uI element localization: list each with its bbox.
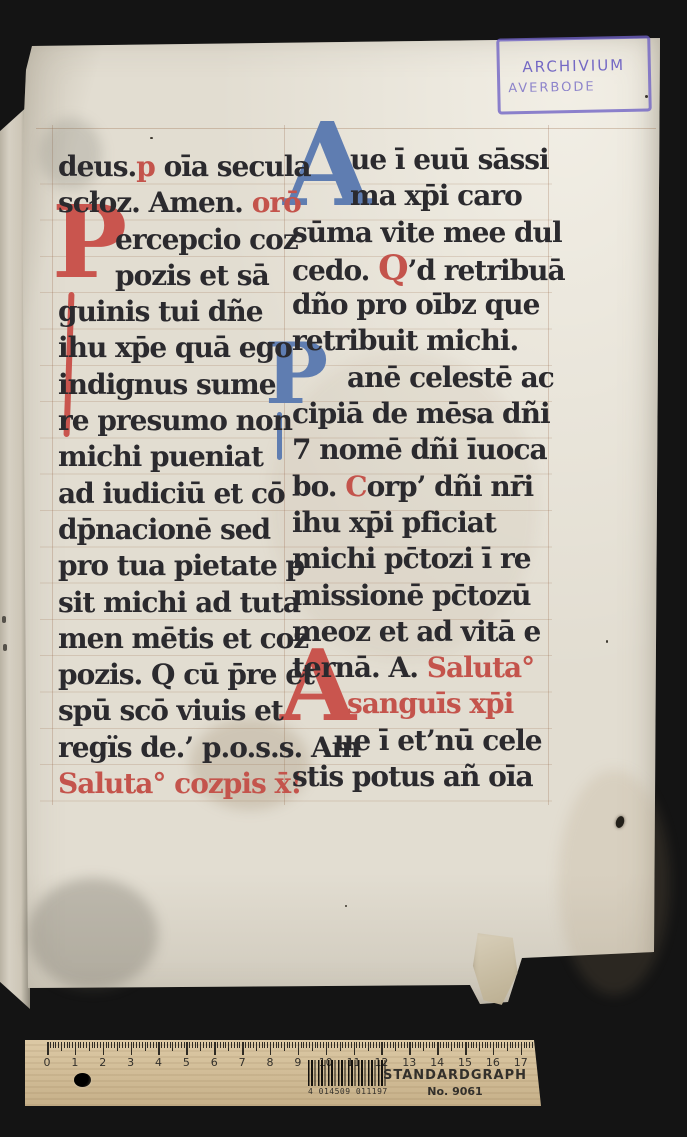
ruler-tick [395, 1042, 396, 1051]
ruler-tick [92, 1042, 93, 1048]
ruler-tick [348, 1042, 349, 1048]
text-segment: ue ī et’nū cele [334, 724, 542, 757]
ruler-tick [418, 1042, 419, 1048]
manuscript-text-line: dp̄nacionē sed [58, 512, 286, 548]
ruler-tick [496, 1042, 497, 1048]
manuscript-text-line: sanguīs xp̄i [292, 686, 544, 722]
speck [150, 137, 153, 139]
archive-stamp: ARCHIVIUM AVERBODE [496, 35, 652, 114]
manuscript-text-line: guinis tui dñe [58, 294, 286, 330]
text-segment: ternā. A. [292, 651, 427, 684]
text-segment: dño pro oībz que [292, 288, 539, 321]
manuscript-text-line: indignus sume [58, 367, 286, 403]
text-segment: C [345, 470, 366, 503]
manuscript-text-line: ue ī euū sāssi [292, 142, 544, 178]
text-segment: cedo. [292, 254, 378, 287]
ruler-brand: STANDARDGRAPH [370, 1068, 540, 1083]
ruler-tick [117, 1042, 118, 1051]
ruler-tick [287, 1042, 288, 1048]
ruler-tick [203, 1042, 204, 1048]
ruler-tick [214, 1042, 216, 1055]
ruler-tick [100, 1042, 101, 1048]
ruler-tick [142, 1042, 143, 1048]
ruler-tick [150, 1042, 151, 1048]
manuscript-text-line: michi pc̄tozi ī re [292, 541, 544, 577]
manuscript-text-line: ternā. A. Saluta° [292, 650, 544, 686]
ruler-tick [479, 1042, 480, 1051]
ruler-tick [334, 1042, 335, 1048]
ruler-tick [320, 1042, 321, 1048]
ruler-tick [55, 1042, 56, 1048]
ruler-tick [423, 1042, 424, 1051]
ruler-tick [323, 1042, 324, 1048]
manuscript-text-line: ihu xp̄i pficiat [292, 505, 544, 541]
ruler-tick [412, 1042, 413, 1048]
ruler-tick [108, 1042, 109, 1048]
ruler-tick [189, 1042, 190, 1048]
ruler-tick [476, 1042, 477, 1048]
ruler-tick [317, 1042, 318, 1048]
ruler-tick [434, 1042, 435, 1048]
ruler-tick [420, 1042, 421, 1048]
text-segment: Saluta° [427, 651, 534, 684]
ruler-tick [264, 1042, 265, 1048]
ruler-tick [270, 1042, 272, 1055]
ruler-number: 0 [44, 1056, 51, 1069]
ruler-number: 2 [99, 1056, 106, 1069]
text-column-left: deus.p oīa seculascłoz. Amen. orōercepci… [58, 149, 286, 802]
ruler-tick [211, 1042, 212, 1048]
ruler-tick [47, 1042, 49, 1055]
text-segment: ercepcio coz [115, 223, 298, 256]
ruler-tick [225, 1042, 226, 1048]
manuscript-text-line: meoz et ad vitā e [292, 614, 544, 650]
ruler-tick [186, 1042, 188, 1055]
text-segment: re presumo non [58, 404, 292, 437]
ruler-tick [440, 1042, 441, 1048]
text-segment: anē celestē ac [347, 361, 554, 394]
ruler-tick [526, 1042, 527, 1048]
text-segment: dp̄nacionē sed [58, 513, 270, 546]
manuscript-text-line: scłoz. Amen. orō [58, 185, 286, 221]
ruler-tick [197, 1042, 198, 1048]
ruler-tick [228, 1042, 229, 1051]
text-column-right: ue ī euū sāssima xp̄i carosūma vite mee … [292, 142, 544, 795]
ruler-tick [184, 1042, 185, 1048]
ruler-tick [128, 1042, 129, 1048]
ruler-tick [281, 1042, 282, 1048]
ruler-tick [510, 1042, 511, 1048]
ruler-tick [248, 1042, 249, 1048]
ruler-tick [206, 1042, 207, 1048]
ruler-tick [114, 1042, 115, 1048]
ruler-tick [465, 1042, 467, 1055]
ruler-tick [94, 1042, 95, 1048]
ruler-tick [337, 1042, 338, 1048]
ruler-number: 1 [71, 1056, 78, 1069]
ruler-tick [401, 1042, 402, 1048]
ruler-tick [253, 1042, 254, 1048]
ruler-tick [493, 1042, 495, 1055]
manuscript-text-line: 7 nomē dñi īuoca [292, 432, 544, 468]
ruler-tick [454, 1042, 455, 1048]
ruler-tick [58, 1042, 59, 1048]
ruler-tick [356, 1042, 357, 1048]
text-segment: retribuit michi. [292, 324, 518, 357]
ruler-tick [426, 1042, 427, 1048]
ruler-tick [345, 1042, 346, 1048]
speck [345, 905, 347, 907]
ruler-tick [147, 1042, 148, 1048]
ruler-tick [328, 1042, 329, 1048]
ruler-tick [524, 1042, 525, 1048]
ruler-tick [451, 1042, 452, 1051]
ruler-tick [78, 1042, 79, 1048]
ruler-tick [398, 1042, 399, 1048]
ruler-tick [133, 1042, 134, 1048]
text-segment: cipiā de mēsa dñi [292, 397, 550, 430]
ruler-tick [167, 1042, 168, 1048]
ruler-tick [473, 1042, 474, 1048]
text-segment: ihu xp̄e quā ego [58, 331, 292, 364]
ruler-tick [89, 1042, 90, 1051]
manuscript-text-line: michi pueniat [58, 439, 286, 475]
ruler-tick [468, 1042, 469, 1048]
ruler-tick [504, 1042, 505, 1048]
ruler-number: 7 [239, 1056, 246, 1069]
ruler-tick [256, 1042, 257, 1051]
ruler-tick [512, 1042, 513, 1048]
manuscript-text-line: ma xp̄i caro [292, 178, 544, 214]
manuscript-text-line: sit michi ad tuta [58, 585, 286, 621]
ruler-number: 6 [211, 1056, 218, 1069]
text-segment: ue ī euū sāssi [350, 143, 549, 176]
ruler-tick [365, 1042, 366, 1048]
text-segment: pozis et sā [115, 259, 269, 292]
ruler-tick [69, 1042, 70, 1048]
ruler-tick [220, 1042, 221, 1048]
manuscript-text-line: ad iudiciū et cō [58, 476, 286, 512]
ruler-tick [446, 1042, 447, 1048]
manuscript-text-line: Saluta° cozpis x̄! [58, 766, 286, 802]
ruler-tick [278, 1042, 279, 1048]
ruler-tick [209, 1042, 210, 1048]
ruler-tick [393, 1042, 394, 1048]
manuscript-text-line: spū scō viuis et [58, 693, 286, 729]
ruler-tick [298, 1042, 300, 1055]
ruler-hole [74, 1073, 91, 1087]
ruler-tick [379, 1042, 380, 1048]
manuscript-text-line: retribuit michi. [292, 323, 544, 359]
ruler-tick [312, 1042, 313, 1051]
manuscript-text-line: pro tua pietate p [58, 548, 286, 584]
text-segment: sanguīs xp̄i [347, 687, 513, 720]
ruler-tick [359, 1042, 360, 1048]
manuscript-text-line: cedo. Q’d retribuā [292, 251, 544, 287]
ruler-tick [404, 1042, 405, 1048]
ruler-tick [459, 1042, 460, 1048]
manuscript-text-line: re presumo non [58, 403, 286, 439]
manuscript-text-line: pozis et sā [58, 258, 286, 294]
text-segment: stis potus añ oīa [292, 760, 533, 793]
ruler-tick [200, 1042, 201, 1051]
manuscript-text-line: pozis. Q cū p̄re et [58, 657, 286, 693]
ruler-tick [457, 1042, 458, 1048]
ruler-tick [259, 1042, 260, 1048]
ruler-tick [487, 1042, 488, 1048]
ruler-tick [315, 1042, 316, 1048]
manuscript-text-line: deus.p oīa secula [58, 149, 286, 185]
ruler-tick [181, 1042, 182, 1048]
ruler-tick [501, 1042, 502, 1048]
ruler-tick [326, 1042, 328, 1055]
ruler-tick [61, 1042, 62, 1051]
ruler-tick [172, 1042, 173, 1051]
ruler-tick [482, 1042, 483, 1048]
ruler-tick [331, 1042, 332, 1048]
ruler-tick [97, 1042, 98, 1048]
ruler-tick [354, 1042, 356, 1055]
ruler-tick [50, 1042, 51, 1048]
text-segment: ’d retribuā [408, 254, 565, 287]
ruler-tick [362, 1042, 363, 1048]
ruler-model: No. 9061 [370, 1085, 540, 1098]
ruler-tick [409, 1042, 411, 1055]
parchment-stain [558, 770, 670, 995]
ruler-tick [245, 1042, 246, 1048]
ruler-tick [161, 1042, 162, 1048]
text-segment: meoz et ad vitā e [292, 615, 540, 648]
stamp-line1: ARCHIVIUM [500, 55, 648, 76]
ruler-tick [195, 1042, 196, 1048]
ruler-tick [387, 1042, 388, 1048]
ruler-tick [158, 1042, 160, 1055]
ruler-tick [284, 1042, 285, 1051]
manuscript-text-line: stis potus añ oīa [292, 759, 544, 795]
ruler-tick [239, 1042, 240, 1048]
manuscript-text-line: ihu xp̄e quā ego [58, 330, 286, 366]
ruler-tick [276, 1042, 277, 1048]
ruler-number: 8 [266, 1056, 273, 1069]
ruler-tick [106, 1042, 107, 1048]
ruler-tick [289, 1042, 290, 1048]
ruler-tick [72, 1042, 73, 1048]
ruler-tick [507, 1042, 508, 1051]
text-segment: michi pc̄tozi ī re [292, 542, 531, 575]
text-segment: 7 nomē dñi īuoca [292, 433, 547, 466]
parchment-stain [28, 878, 158, 990]
ruler-tick [119, 1042, 120, 1048]
text-segment: pozis. Q cū p̄re et [58, 658, 314, 691]
ruler-tick [309, 1042, 310, 1048]
ruler-tick [217, 1042, 218, 1048]
manuscript-text-line: dño pro oībz que [292, 287, 544, 323]
ruler-tick [122, 1042, 123, 1048]
manuscript-text-line: ercepcio coz [58, 222, 286, 258]
text-segment: scłoz. Amen. [58, 186, 252, 219]
text-segment: orp’ dñi nr̄i [367, 470, 534, 503]
ruler-tick [490, 1042, 491, 1048]
manuscript-text-line: regïs de.’ p.o.s.s. Am [58, 730, 286, 766]
ruler-tick [370, 1042, 371, 1048]
ruler-tick [111, 1042, 112, 1048]
text-segment: oīa secula [155, 150, 311, 183]
ruler-number: 4 [155, 1056, 162, 1069]
ruler-tick [384, 1042, 385, 1048]
ruler-tick [368, 1042, 369, 1051]
ruler-tick [498, 1042, 499, 1048]
ruler-tick [462, 1042, 463, 1048]
text-segment: spū scō viuis et [58, 694, 283, 727]
speck [606, 640, 608, 643]
ruler-tick [145, 1042, 146, 1051]
ruler-tick [448, 1042, 449, 1048]
ruler-tick [535, 1042, 536, 1051]
ruler-tick [273, 1042, 274, 1048]
ruler-tick [407, 1042, 408, 1048]
stamp-line2: AVERBODE [508, 78, 648, 92]
manuscript-text-line: anē celestē ac [292, 360, 544, 396]
ruler-tick [262, 1042, 263, 1048]
ruler-tick [485, 1042, 486, 1048]
ruler-tick [237, 1042, 238, 1048]
ruler-tick [306, 1042, 307, 1048]
ruler-tick [53, 1042, 54, 1048]
ruler-tick [192, 1042, 193, 1048]
text-segment: missionē pc̄tozū [292, 579, 531, 612]
ruler-number: 9 [294, 1056, 301, 1069]
text-segment: michi pueniat [58, 440, 263, 473]
text-segment: Saluta° cozpis x̄! [58, 767, 302, 800]
ruler-tick [432, 1042, 433, 1048]
ruler-tick [292, 1042, 293, 1048]
ruler-tick [164, 1042, 165, 1048]
manuscript-text-line: cipiā de mēsa dñi [292, 396, 544, 432]
ruler-tick [170, 1042, 171, 1048]
ruler-tick [80, 1042, 81, 1048]
gutter-ink-mark [2, 616, 6, 623]
text-segment: sūma vite mee dul [292, 216, 562, 249]
ruler-tick [301, 1042, 302, 1048]
ruler-tick [231, 1042, 232, 1048]
text-segment: ma xp̄i caro [350, 179, 522, 212]
ruler-tick [178, 1042, 179, 1048]
manuscript-text-line: missionē pc̄tozū [292, 578, 544, 614]
text-segment: p [136, 150, 155, 183]
ruler-tick [518, 1042, 519, 1048]
text-segment: ad iudiciū et cō [58, 477, 285, 510]
ruler: 01234567891011121314151617 4 014509 0111… [25, 1040, 541, 1106]
ruler-tick [223, 1042, 224, 1048]
gutter-ink-mark [3, 644, 7, 651]
text-segment: deus. [58, 150, 136, 183]
manuscript-text-line: sūma vite mee dul [292, 215, 544, 251]
ruler-tick [83, 1042, 84, 1048]
ruler-tick [267, 1042, 268, 1048]
text-segment: bo. [292, 470, 345, 503]
manuscript-photograph: ARCHIVIUM AVERBODE P A P A deus.p oīa se… [0, 0, 687, 1137]
ruler-tick [340, 1042, 341, 1051]
ruler-tick [136, 1042, 137, 1048]
text-segment: Q [378, 248, 408, 289]
text-segment: ihu xp̄i pficiat [292, 506, 496, 539]
text-segment: guinis tui dñe [58, 295, 263, 328]
manuscript-text-line: bo. Corp’ dñi nr̄i [292, 469, 544, 505]
ruler-tick [351, 1042, 352, 1048]
text-segment: pro tua pietate p [58, 549, 304, 582]
ruler-tick [125, 1042, 126, 1048]
ruler-tick [381, 1042, 383, 1055]
ruler-tick [437, 1042, 439, 1055]
ruler-tick [342, 1042, 343, 1048]
ruler-tick [471, 1042, 472, 1048]
ruler-tick [390, 1042, 391, 1048]
manuscript-text-line: men mētis et coz [58, 621, 286, 657]
ruler-tick [75, 1042, 77, 1055]
ruler-tick [103, 1042, 105, 1055]
ruler-number: 5 [183, 1056, 190, 1069]
ruler-tick [175, 1042, 176, 1048]
manuscript-text-line: ue ī et’nū cele [292, 723, 544, 759]
ruler-tick [234, 1042, 235, 1048]
ruler-tick [153, 1042, 154, 1048]
ruler-tick [373, 1042, 374, 1048]
ruler-brand-block: STANDARDGRAPH No. 9061 [370, 1068, 540, 1098]
ruler-tick [131, 1042, 133, 1055]
ruler-tick [415, 1042, 416, 1048]
ruler-tick [532, 1042, 533, 1048]
ruler-tick [376, 1042, 377, 1048]
ruler-tick [529, 1042, 530, 1048]
ruler-tick [515, 1042, 516, 1048]
ruler-tick [295, 1042, 296, 1048]
ruler-tick [250, 1042, 251, 1048]
text-segment: indignus sume [58, 368, 276, 401]
ruler-tick [429, 1042, 430, 1048]
text-segment: sit michi ad tuta [58, 586, 300, 619]
text-segment: men mētis et coz [58, 622, 308, 655]
ruler-tick [303, 1042, 304, 1048]
ruler-number: 3 [127, 1056, 134, 1069]
ruler-tick [443, 1042, 444, 1048]
ruler-tick [139, 1042, 140, 1048]
ruler-tick [86, 1042, 87, 1048]
ruler-tick [521, 1042, 523, 1055]
ruler-tick [156, 1042, 157, 1048]
ruler-tick [242, 1042, 244, 1055]
ruler-tick [64, 1042, 65, 1048]
ruler-tick [67, 1042, 68, 1048]
